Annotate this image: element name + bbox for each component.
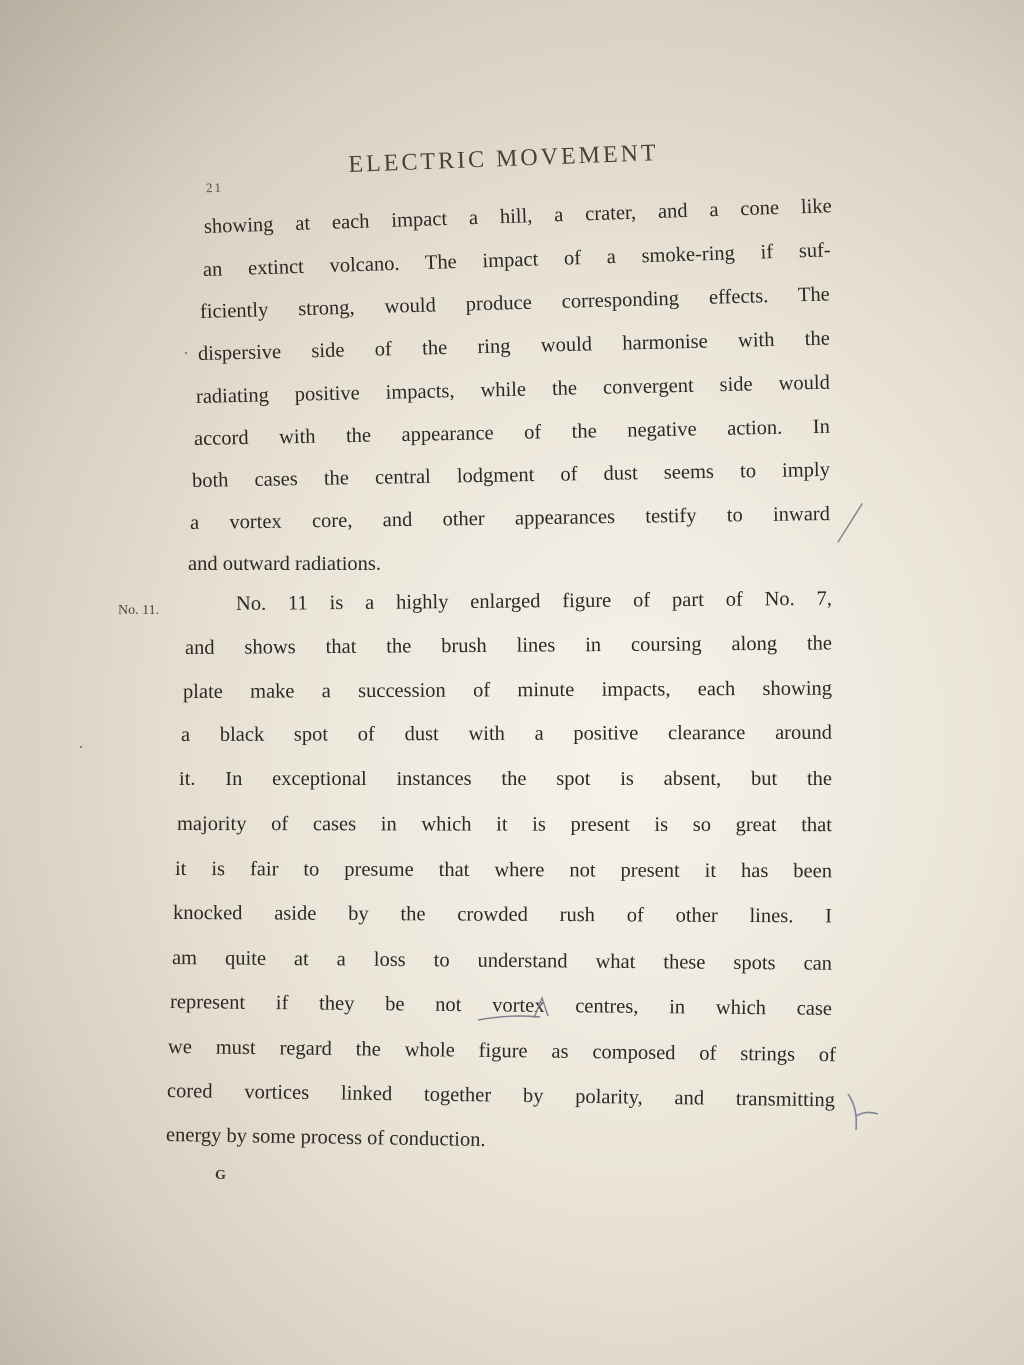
text-line: am quite at a loss to understand what th… [172,947,832,976]
text-line: cored vortices linked together by polari… [167,1080,835,1112]
text-line: majority of cases in which it is present… [177,813,832,837]
text-line: ficiently strong, would produce correspo… [200,283,830,324]
text-line: both cases the central lodgment of dust … [192,459,830,493]
text-line: a black spot of dust with a positive cle… [181,722,832,747]
page-number: 21 [206,180,224,197]
text-line: dispersive side of the ring would harmon… [198,328,830,366]
text-line: knocked aside by the crowded rush of oth… [173,902,832,928]
paper-speck [185,352,187,354]
paper-speck [80,746,82,748]
text-line: it. In exceptional instances the spot is… [179,768,832,791]
text-line: and outward radiations. [188,553,381,576]
text-line: it is fair to presume that where not pre… [175,858,832,883]
text-line: accord with the appearance of the negati… [194,416,830,451]
text-line: a vortex core, and other appearances tes… [190,503,830,535]
text-line: No. 11 is a highly enlarged figure of pa… [236,588,832,616]
pencil-bracket-mark-icon [840,1082,890,1142]
text-line: an extinct volcano. The impact of a smok… [203,239,831,282]
signature-mark: G [215,1168,226,1184]
pencil-slash-mark-icon [830,498,870,548]
text-line: we must regard the whole figure as compo… [168,1036,836,1067]
page-header: 21 ELECTRIC MOVEMENT [0,0,1024,210]
text-line: radiating positive impacts, while the co… [196,372,830,409]
book-page: 21 ELECTRIC MOVEMENT showing at each imp… [0,0,1024,1365]
margin-figure-reference: No. 11. [118,603,159,619]
text-line: represent if they be not vortex centres,… [170,991,832,1021]
text-line: plate make a succession of minute impact… [183,678,832,704]
running-title: ELECTRIC MOVEMENT [348,140,659,179]
text-line: energy by some process of conduction. [166,1124,486,1152]
text-line: and shows that the brush lines in coursi… [185,632,832,660]
